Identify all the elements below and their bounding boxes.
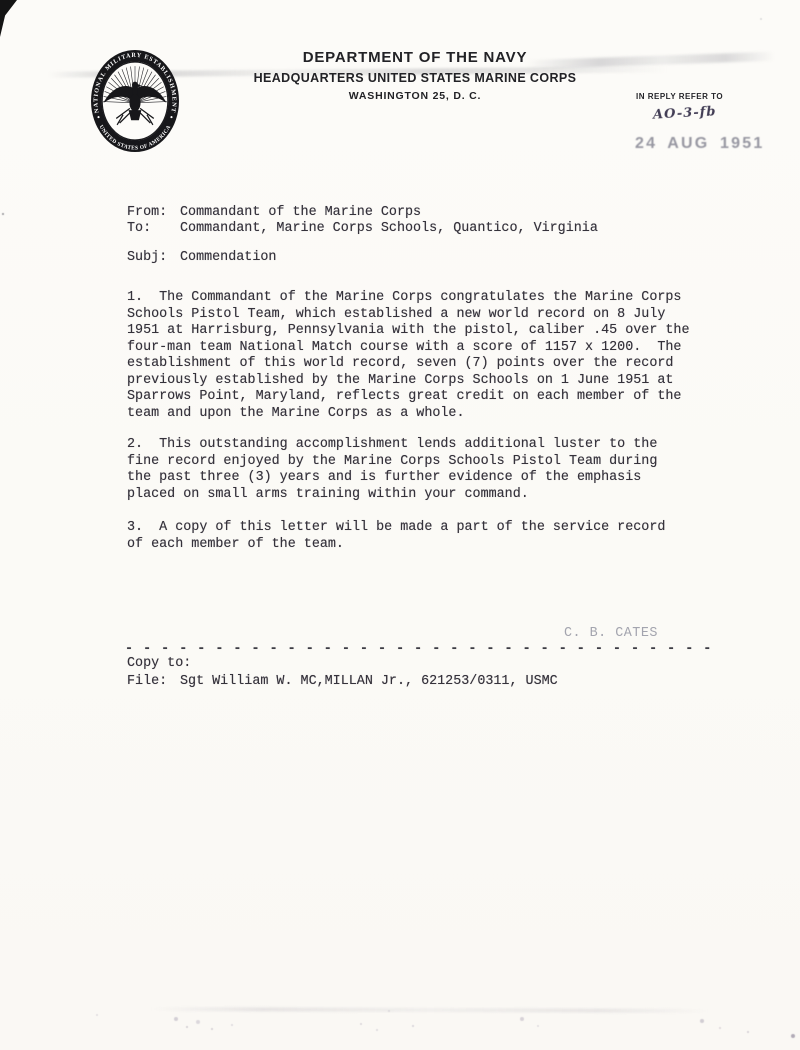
- subject-line: Subj: Commendation: [127, 250, 276, 267]
- from-label: From:: [127, 205, 180, 222]
- file-label: File:: [127, 674, 180, 691]
- letterhead-city: WASHINGTON 25, D. C.: [230, 90, 600, 102]
- national-military-establishment-seal-icon: NATIONAL MILITARY ESTABLISHMENT UNITED S…: [83, 45, 187, 157]
- received-date-stamp: 24 AUG 1951: [635, 135, 764, 153]
- file-value: Sgt William W. MC,MILLAN Jr., 621253/031…: [180, 674, 558, 691]
- body-paragraph-1: 1. The Commandant of the Marine Corps co…: [127, 290, 719, 422]
- to-line: To: Commandant, Marine Corps Schools, Qu…: [127, 221, 598, 238]
- to-value: Commandant, Marine Corps Schools, Quanti…: [180, 221, 598, 238]
- in-reply-refer-to-label: IN REPLY REFER TO: [636, 92, 723, 101]
- from-value: Commandant of the Marine Corps: [180, 205, 421, 222]
- body-paragraph-2: 2. This outstanding accomplishment lends…: [127, 437, 719, 503]
- scan-corner-artifact: [0, 0, 17, 37]
- letterhead: DEPARTMENT OF THE NAVY HEADQUARTERS UNIT…: [230, 50, 600, 102]
- subject-label: Subj:: [127, 250, 180, 267]
- body-paragraph-3: 3. A copy of this letter will be made a …: [127, 520, 719, 553]
- copy-to-label: Copy to:: [127, 656, 191, 673]
- from-line: From: Commandant of the Marine Corps: [127, 205, 421, 222]
- letterhead-department: DEPARTMENT OF THE NAVY: [230, 50, 600, 66]
- file-distribution-line: File: Sgt William W. MC,MILLAN Jr., 6212…: [127, 674, 558, 691]
- scanned-letter-page: NATIONAL MILITARY ESTABLISHMENT UNITED S…: [0, 0, 800, 1050]
- scan-smudge-streak: [150, 1007, 710, 1013]
- handwritten-reply-reference: AO-3-fb: [653, 104, 717, 122]
- dashed-separator: - - - - - - - - - - - - - - - - - - - - …: [125, 642, 715, 657]
- subject-value: Commendation: [180, 250, 276, 267]
- typed-signature: C. B. CATES: [564, 626, 658, 643]
- letterhead-headquarters: HEADQUARTERS UNITED STATES MARINE CORPS: [230, 72, 600, 85]
- to-label: To:: [127, 221, 180, 238]
- scan-speckles: [0, 0, 2, 2]
